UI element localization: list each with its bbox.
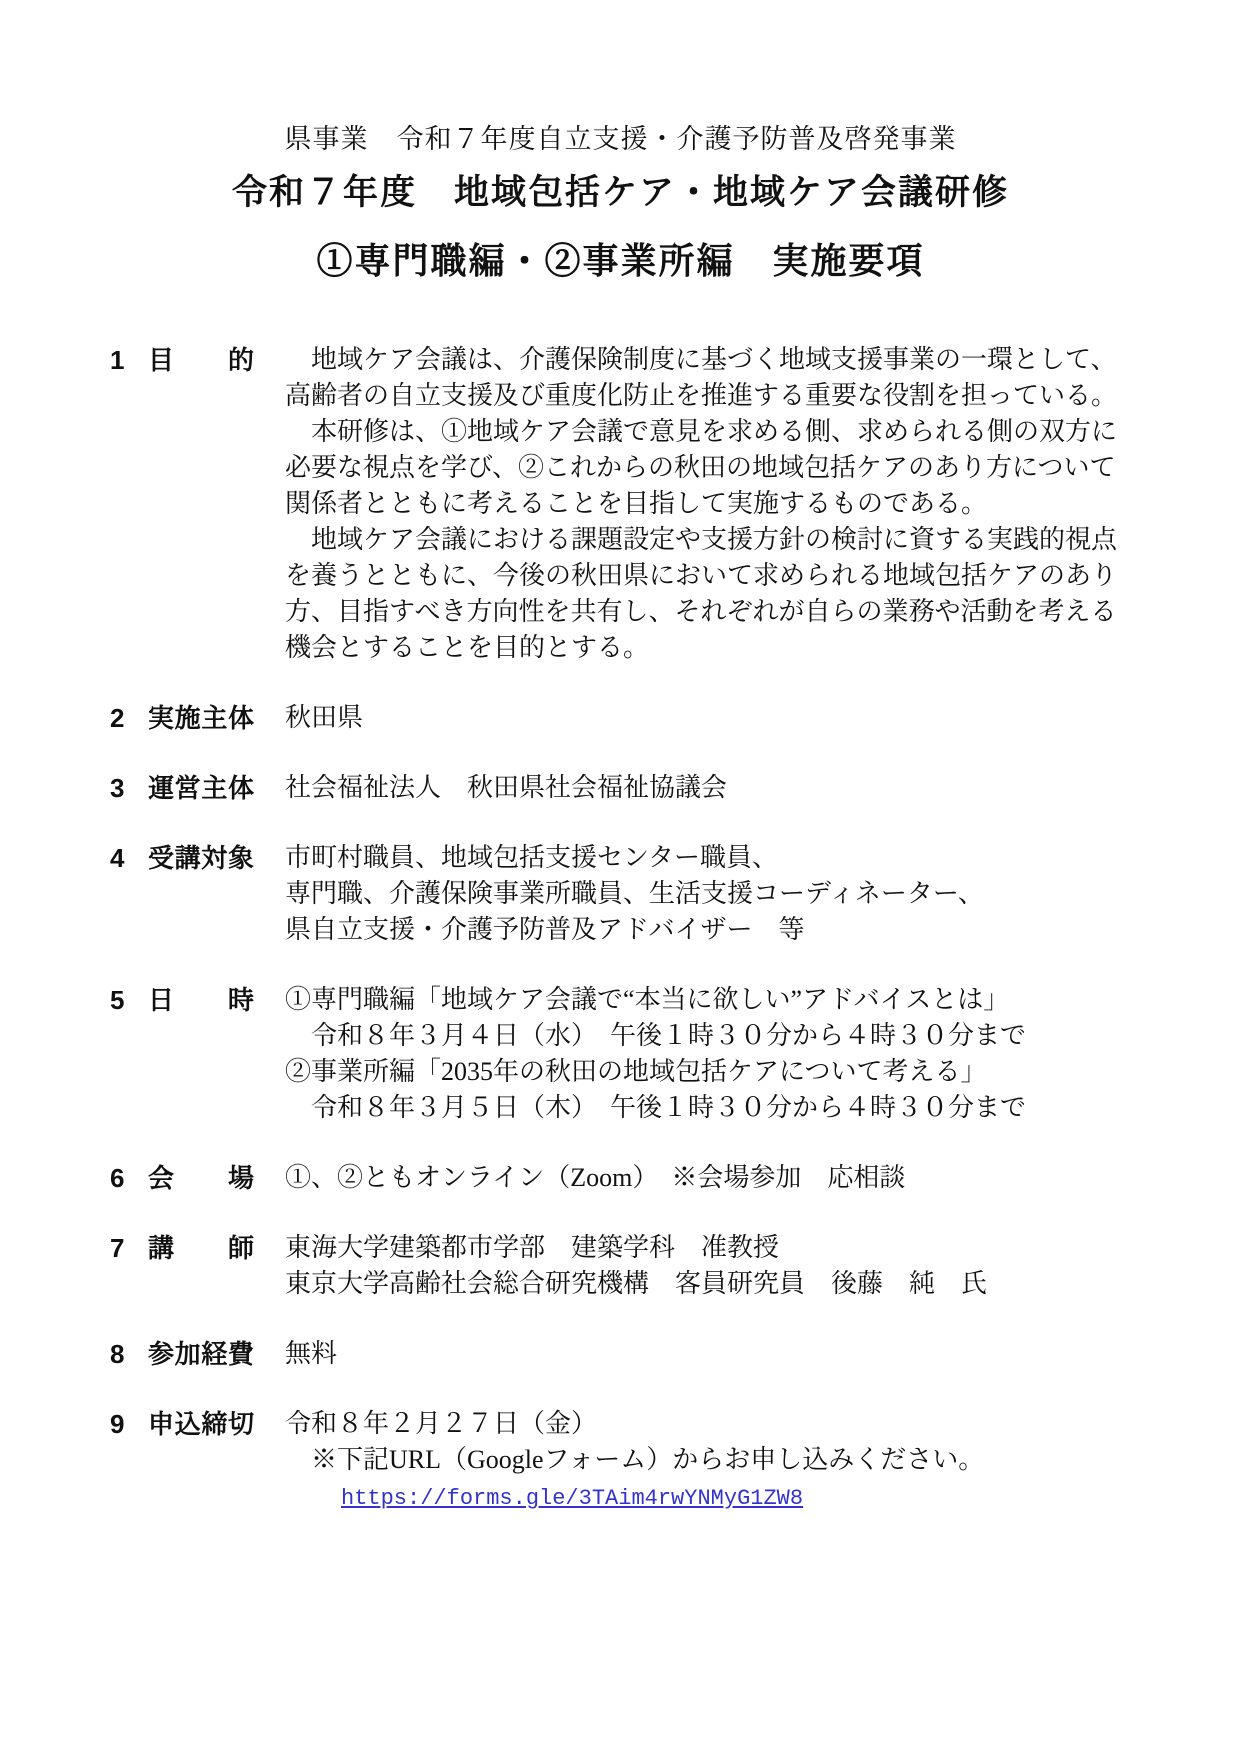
content-line: ①、②ともオンライン（Zoom） ※会場参加 応相談 bbox=[285, 1160, 1165, 1196]
content-line: 無料 bbox=[285, 1336, 1165, 1372]
section-content: 令和８年２月２７日（金） ※下記URL（Googleフォーム）からお申し込みくだ… bbox=[285, 1406, 1165, 1516]
section-content: 市町村職員、地域包括支援センター職員、専門職、介護保険事業所職員、生活支援コーデ… bbox=[285, 840, 1165, 948]
section-number: 6 bbox=[110, 1160, 148, 1196]
document-subtitle: ①専門職編・②事業所編 実施要項 bbox=[0, 236, 1241, 286]
content-line: 令和８年２月２７日（金） bbox=[285, 1406, 1165, 1442]
content-line: 令和８年３月５日（木） 午後１時３０分から４時３０分まで bbox=[285, 1090, 1165, 1126]
section-number: 3 bbox=[110, 770, 148, 806]
section-row: 1 目的 地域ケア会議は、介護保険制度に基づく地域支援事業の一環として、高齢者の… bbox=[0, 342, 1241, 666]
sections-container: 1 目的 地域ケア会議は、介護保険制度に基づく地域支援事業の一環として、高齢者の… bbox=[0, 342, 1241, 1516]
section-number: 7 bbox=[110, 1230, 148, 1266]
content-line: 市町村職員、地域包括支援センター職員、 bbox=[285, 840, 1165, 876]
content-line: 高齢者の自立支援及び重度化防止を推進する重要な役割を担っている。 bbox=[285, 378, 1165, 414]
content-line: 地域ケア会議は、介護保険制度に基づく地域支援事業の一環として、 bbox=[285, 342, 1165, 378]
section-number: 1 bbox=[110, 342, 148, 378]
section-label: 受講対象 bbox=[148, 840, 254, 876]
section-content: ①専門職編「地域ケア会議で“本当に欲しい”アドバイスとは」 令和８年３月４日（水… bbox=[285, 982, 1165, 1126]
content-line: 地域ケア会議における課題設定や支援方針の検討に資する実践的視点 bbox=[285, 522, 1165, 558]
content-line: 東京大学高齢社会総合研究機構 客員研究員 後藤 純 氏 bbox=[285, 1266, 1165, 1302]
section-row: 5 日時 ①専門職編「地域ケア会議で“本当に欲しい”アドバイスとは」 令和８年３… bbox=[0, 982, 1241, 1126]
section-content: ①、②ともオンライン（Zoom） ※会場参加 応相談 bbox=[285, 1160, 1165, 1196]
section-row: 6 会場 ①、②ともオンライン（Zoom） ※会場参加 応相談 bbox=[0, 1160, 1241, 1196]
section-number: 8 bbox=[110, 1336, 148, 1372]
section-label: 参加経費 bbox=[148, 1336, 254, 1372]
section-row: 7 講師 東海大学建築都市学部 建築学科 准教授東京大学高齢社会総合研究機構 客… bbox=[0, 1230, 1241, 1302]
content-line: 社会福祉法人 秋田県社会福祉協議会 bbox=[285, 770, 1165, 806]
document-title: 令和７年度 地域包括ケア・地域ケア会議研修 bbox=[0, 168, 1241, 218]
content-line: 東海大学建築都市学部 建築学科 准教授 bbox=[285, 1230, 1165, 1266]
section-label: 会場 bbox=[148, 1160, 254, 1196]
section-content: 東海大学建築都市学部 建築学科 准教授東京大学高齢社会総合研究機構 客員研究員 … bbox=[285, 1230, 1165, 1302]
content-line: 専門職、介護保険事業所職員、生活支援コーディネーター、 bbox=[285, 876, 1165, 912]
section-content: 地域ケア会議は、介護保険制度に基づく地域支援事業の一環として、高齢者の自立支援及… bbox=[285, 342, 1165, 666]
section-row: 4 受講対象 市町村職員、地域包括支援センター職員、専門職、介護保険事業所職員、… bbox=[0, 840, 1241, 948]
section-row: 9 申込締切 令和８年２月２７日（金） ※下記URL（Googleフォーム）から… bbox=[0, 1406, 1241, 1516]
content-line: ※下記URL（Googleフォーム）からお申し込みください。 bbox=[285, 1442, 1165, 1478]
section-number: 4 bbox=[110, 840, 148, 876]
content-line: 関係者とともに考えることを目指して実施するものである。 bbox=[285, 486, 1165, 522]
content-line: 県自立支援・介護予防普及アドバイザー 等 bbox=[285, 912, 1165, 948]
section-row: 3 運営主体 社会福祉法人 秋田県社会福祉協議会 bbox=[0, 770, 1241, 806]
content-line: 機会とすることを目的とする。 bbox=[285, 630, 1165, 666]
content-line: 方、目指すべき方向性を共有し、それぞれが自らの業務や活動を考える bbox=[285, 594, 1165, 630]
content-line: 秋田県 bbox=[285, 700, 1165, 736]
section-label: 運営主体 bbox=[148, 770, 254, 806]
content-line: 令和８年３月４日（水） 午後１時３０分から４時３０分まで bbox=[285, 1018, 1165, 1054]
section-number: 5 bbox=[110, 982, 148, 1018]
section-label: 実施主体 bbox=[148, 700, 254, 736]
content-line: ②事業所編「2035年の秋田の地域包括ケアについて考える」 bbox=[285, 1054, 1165, 1090]
document-page: 県事業 令和７年度自立支援・介護予防普及啓発事業 令和７年度 地域包括ケア・地域… bbox=[0, 0, 1241, 1755]
content-line: ①専門職編「地域ケア会議で“本当に欲しい”アドバイスとは」 bbox=[285, 982, 1165, 1018]
content-line: 必要な視点を学び、②これからの秋田の地域包括ケアのあり方について bbox=[285, 450, 1165, 486]
content-line: 本研修は、①地域ケア会議で意見を求める側、求められる側の双方に bbox=[285, 414, 1165, 450]
section-label: 目的 bbox=[148, 342, 254, 378]
section-number: 9 bbox=[110, 1406, 148, 1442]
section-label: 日時 bbox=[148, 982, 254, 1018]
content-line: https://forms.gle/3TAim4rwYNMyG1ZW8 bbox=[285, 1478, 1165, 1516]
application-form-link[interactable]: https://forms.gle/3TAim4rwYNMyG1ZW8 bbox=[341, 1482, 803, 1516]
project-header-line: 県事業 令和７年度自立支援・介護予防普及啓発事業 bbox=[0, 120, 1241, 158]
section-label: 講師 bbox=[148, 1230, 254, 1266]
section-number: 2 bbox=[110, 700, 148, 736]
section-content: 秋田県 bbox=[285, 700, 1165, 736]
section-row: 2 実施主体 秋田県 bbox=[0, 700, 1241, 736]
section-content: 社会福祉法人 秋田県社会福祉協議会 bbox=[285, 770, 1165, 806]
section-label: 申込締切 bbox=[148, 1406, 254, 1442]
section-content: 無料 bbox=[285, 1336, 1165, 1372]
content-line: を養うとともに、今後の秋田県において求められる地域包括ケアのあり bbox=[285, 558, 1165, 594]
document-header: 県事業 令和７年度自立支援・介護予防普及啓発事業 令和７年度 地域包括ケア・地域… bbox=[0, 120, 1241, 286]
section-row: 8 参加経費 無料 bbox=[0, 1336, 1241, 1372]
